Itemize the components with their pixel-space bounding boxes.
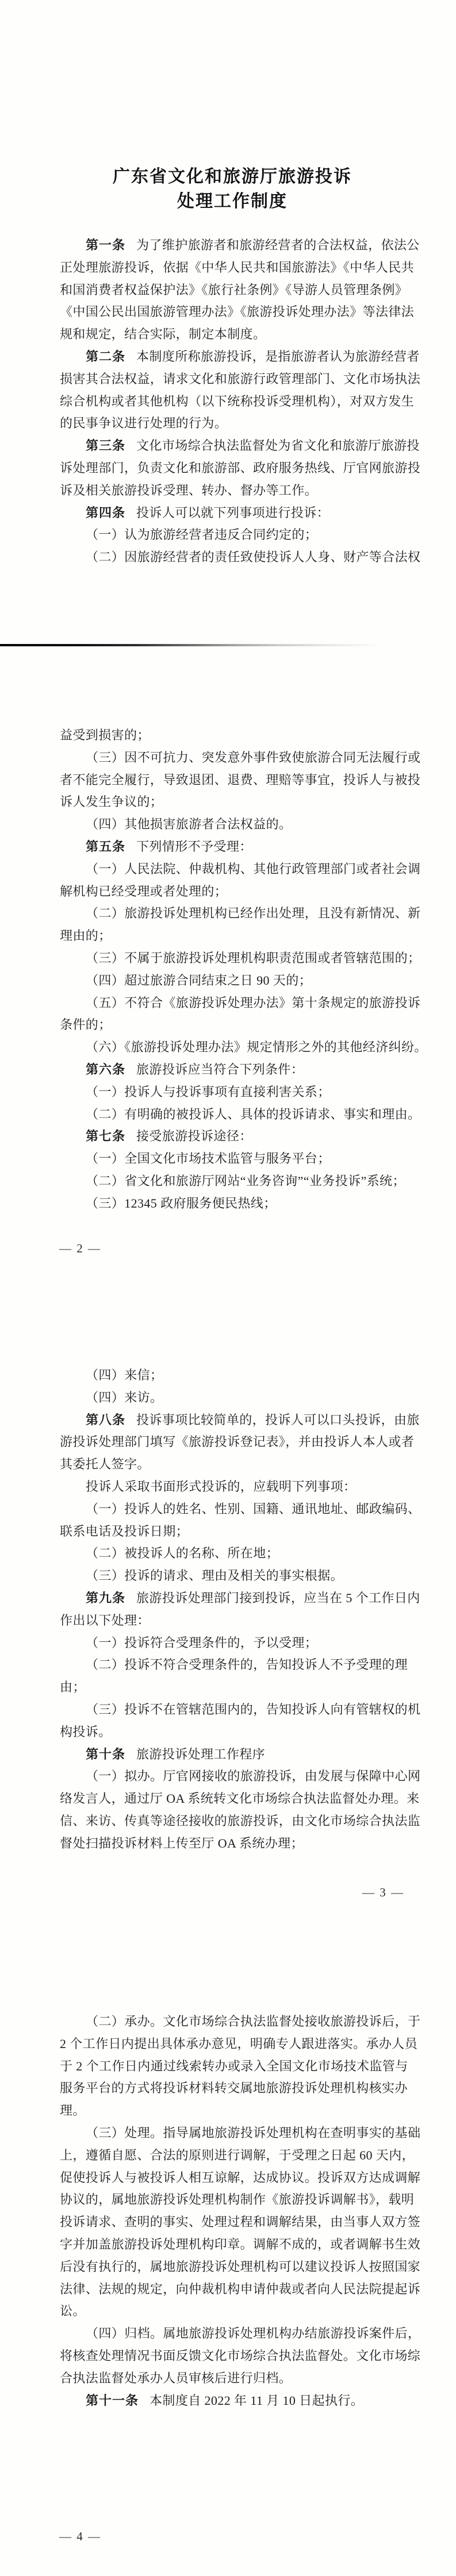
article-line: 第十一条本制度自 2022 年 11 月 10 日起执行。: [60, 2390, 428, 2412]
text-line: 的民事争议进行处理的行为。: [60, 412, 428, 435]
text-line: 理由的；: [60, 925, 428, 947]
text-line: （一）拟办。厅官网接收的旅游投诉，由发展与保障中心网: [60, 1765, 428, 1788]
text-line: 游投诉处理部门填写《旅游投诉登记表》，并由投诉人本人或者: [60, 1431, 428, 1453]
text-line: （三）不属于旅游投诉处理机构职责范围或者管辖范围的；: [60, 947, 428, 970]
text-line: 2 个工作日内提出具体承办意见，明确专人跟进落实。承办人员: [60, 2033, 428, 2056]
text-line: 督处扫描投诉材料上传至厅 OA 系统办理；: [60, 1833, 428, 1855]
article-number: 第一条: [86, 238, 125, 252]
text-line: 损害其合法权益，请求文化和旅游行政管理部门、文化市场执法: [60, 368, 428, 391]
page-3-text-block: （四）来信；（四）来访。第八条投诉事项比较简单的，投诉人可以口头投诉，由旅游投诉…: [60, 1364, 428, 1855]
text-line: （二）承办。文化市场综合执法监督处接收旅游投诉后，于: [60, 2011, 428, 2033]
text-line: 条件的；: [60, 1014, 428, 1036]
text-line: （二）投诉不符合受理条件的，告知投诉人不予受理的理: [60, 1654, 428, 1676]
article-number: 第二条: [86, 349, 125, 364]
text-line: 其委托人签字。: [60, 1453, 428, 1476]
text-line: （一）投诉人的姓名、性别、国籍、通讯地址、邮政编码、: [60, 1498, 428, 1521]
text-line: 服务平台的方式将投诉材料转交属地旅游投诉处理机构核实办: [60, 2077, 428, 2100]
article-line: 第八条投诉事项比较简单的，投诉人可以口头投诉，由旅: [60, 1409, 428, 1432]
text-line: 构投诉。: [60, 1721, 428, 1744]
text-line: 解机构已经受理或者处理的；: [60, 881, 428, 903]
text-line: 理。: [60, 2100, 428, 2122]
article-line: 第六条旅游投诉应当符合下列条件：: [60, 1059, 428, 1081]
text-line: （三）因不可抗力、突发意外事件致使旅游合同无法履行或: [60, 747, 428, 769]
text-line: 综合机构或者其他机构（以下统称投诉受理机构），对双方发生: [60, 391, 428, 413]
document-title-line-2: 处理工作制度: [60, 189, 405, 214]
article-number: 第四条: [86, 506, 125, 520]
article-line: 第十条旅游投诉处理工作程序: [60, 1744, 428, 1766]
text-line: 后没有执行的，属地旅游投诉处理机构可以建议投诉人按照国家: [60, 2256, 428, 2278]
text-line: 者不能完全履行，导致退团、退费、理赔等事宜，投诉人与被投: [60, 769, 428, 792]
text-line: 诉及相关旅游投诉受理、转办、督办等工作。: [60, 480, 428, 502]
text-line: 法律、法规的规定，向仲裁机构申请仲裁或者向人民法院提起诉: [60, 2278, 428, 2301]
text-line: 信、来访、传真等途径接收的旅游投诉，由文化市场综合执法监: [60, 1810, 428, 1833]
text-line: （三）12345 政府服务便民热线；: [60, 1193, 428, 1215]
article-number: 第十一条: [86, 2393, 139, 2408]
text-line: （一）全国文化市场技术监管与服务平台；: [60, 1148, 428, 1170]
text-line: 投诉人采取书面形式投诉的，应载明下列事项：: [60, 1476, 428, 1498]
text-line: （三）处理。指导属地旅游投诉处理机构在查明事实的基础: [60, 2122, 428, 2145]
article-line: 第三条文化市场综合执法监督处为省文化和旅游厅旅游投: [60, 435, 428, 457]
document-title: 广东省文化和旅游厅旅游投诉 处理工作制度: [60, 164, 405, 214]
text-line: 由；: [60, 1676, 428, 1699]
text-line: 络发言人，通过厅 OA 系统转文化市场综合执法监督处办理。来: [60, 1788, 428, 1810]
text-line: 正处理旅游投诉，依据《中华人民共和国旅游法》《中华人民共: [60, 257, 428, 279]
article-line: 第七条接受旅游投诉途径：: [60, 1125, 428, 1148]
text-line: （三）投诉的请求、理由及相关的事实根据。: [60, 1565, 428, 1587]
text-line: 于 2 个工作日内通过线索转办或录入全国文化市场技术监管与: [60, 2056, 428, 2078]
text-line: 协议的，属地旅游投诉处理机构制作《旅游投诉调解书》，载明: [60, 2189, 428, 2211]
article-line: 第五条下列情形不予受理：: [60, 836, 428, 858]
text-line: （二）省文化和旅游厅网站“业务咨询”“业务投诉”系统；: [60, 1170, 428, 1193]
article-number: 第七条: [86, 1129, 125, 1143]
article-number: 第五条: [86, 839, 125, 854]
document-page-4: （二）承办。文化市场综合执法监督处接收旅游投诉后，于2 个工作日内提出具体承办意…: [0, 1932, 456, 2576]
page-number: — 2 —: [59, 1241, 101, 1256]
page-number: — 3 —: [362, 1885, 404, 1900]
text-line: （二）被投诉人的名称、所在地；: [60, 1542, 428, 1565]
text-line: （一）投诉人与投诉事项有直接利害关系；: [60, 1081, 428, 1104]
article-line: 第二条本制度所称旅游投诉，是指旅游者认为旅游经营者: [60, 346, 428, 368]
page-4-text-block: （二）承办。文化市场综合执法监督处接收旅游投诉后，于2 个工作日内提出具体承办意…: [60, 2011, 428, 2412]
text-line: （四）来信；: [60, 1364, 428, 1387]
text-line: （五）不符合《旅游投诉处理办法》第十条规定的旅游投诉: [60, 992, 428, 1015]
page-1-text-block: 第一条为了维护旅游者和旅游经营者的合法权益，依法公正处理旅游投诉，依据《中华人民…: [60, 234, 428, 569]
text-line: （二）有明确的被投诉人、具体的投诉请求、事实和理由。: [60, 1104, 428, 1126]
document-page-1: 广东省文化和旅游厅旅游投诉 处理工作制度 第一条为了维护旅游者和旅游经营者的合法…: [0, 0, 456, 644]
text-line: （四）归档。属地旅游投诉处理机构办结旅游投诉案件后，: [60, 2323, 428, 2345]
text-line: （二）因旅游经营者的责任致使投诉人人身、财产等合法权: [60, 546, 428, 569]
article-number: 第九条: [86, 1591, 125, 1605]
article-line: 第四条投诉人可以就下列事项进行投诉：: [60, 502, 428, 525]
text-line: （一）人民法院、仲裁机构、其他行政管理部门或者社会调: [60, 858, 428, 881]
text-line: （一）投诉符合受理条件的，予以受理；: [60, 1632, 428, 1655]
text-line: 上，遵循自愿、合法的原则进行调解，于受理之日起 60 天内，: [60, 2145, 428, 2167]
text-line: （四）来访。: [60, 1387, 428, 1409]
text-line: 作出以下处理：: [60, 1610, 428, 1632]
article-number: 第三条: [86, 438, 125, 453]
text-line: 《中国公民出国旅游管理办法》《旅游投诉处理办法》等法律法: [60, 301, 428, 323]
text-line: （四）其他损害旅游者合法权益的。: [60, 813, 428, 836]
text-line: （四）超过旅游合同结束之日 90 天的；: [60, 970, 428, 992]
text-line: 投诉请求、查明的事实、处理过程和调解结果，由当事人双方签: [60, 2211, 428, 2234]
text-line: 将核查处理情况书面反馈文化市场综合执法监督处。文化市场综: [60, 2345, 428, 2367]
text-line: （一）认为旅游经营者违反合同约定的；: [60, 524, 428, 546]
document-page-2: 益受到损害的；（三）因不可抗力、突发意外事件致使旅游合同无法履行或者不能完全履行…: [0, 644, 456, 1288]
document-scroll-canvas: 广东省文化和旅游厅旅游投诉 处理工作制度 第一条为了维护旅游者和旅游经营者的合法…: [0, 0, 456, 2576]
text-line: 规和规定，结合实际，制定本制度。: [60, 323, 428, 346]
article-number: 第六条: [86, 1062, 125, 1077]
article-line: 第九条旅游投诉处理部门接到投诉，应当在 5 个工作日内: [60, 1587, 428, 1610]
text-line: 联系电话及投诉日期；: [60, 1521, 428, 1543]
document-title-line-1: 广东省文化和旅游厅旅游投诉: [60, 164, 405, 189]
article-number: 第十条: [86, 1747, 125, 1761]
text-line: 促使投诉人与被投诉人相互谅解，达成协议。投诉双方达成调解: [60, 2167, 428, 2189]
document-page-3: （四）来信；（四）来访。第八条投诉事项比较简单的，投诉人可以口头投诉，由旅游投诉…: [0, 1288, 456, 1932]
page-2-text-block: 益受到损害的；（三）因不可抗力、突发意外事件致使旅游合同无法履行或者不能完全履行…: [60, 724, 428, 1215]
text-line: （三）投诉不在管辖范围内的，告知投诉人向有管辖权的机: [60, 1699, 428, 1721]
text-line: 诉人发生争议的；: [60, 791, 428, 813]
article-number: 第八条: [86, 1413, 125, 1427]
text-line: 诉处理部门，负责文化和旅游部、政府服务热线、厅官网旅游投: [60, 457, 428, 480]
text-line: 字并加盖旅游投诉处理机构印章。调解不成的，或者调解书生效: [60, 2234, 428, 2256]
article-line: 第一条为了维护旅游者和旅游经营者的合法权益，依法公: [60, 234, 428, 257]
text-line: （二）旅游投诉处理机构已经作出处理，且没有新情况、新: [60, 903, 428, 925]
page-number: — 4 —: [59, 2529, 101, 2544]
text-line: 益受到损害的；: [60, 724, 428, 747]
text-line: 讼。: [60, 2300, 428, 2323]
text-line: （六）《旅游投诉处理办法》规定情形之外的其他经济纠纷。: [60, 1036, 428, 1059]
text-line: 合执法监督处承办人员审核后进行归档。: [60, 2367, 428, 2390]
text-line: 和国消费者权益保护法》《旅行社条例》《导游人员管理条例》: [60, 279, 428, 302]
